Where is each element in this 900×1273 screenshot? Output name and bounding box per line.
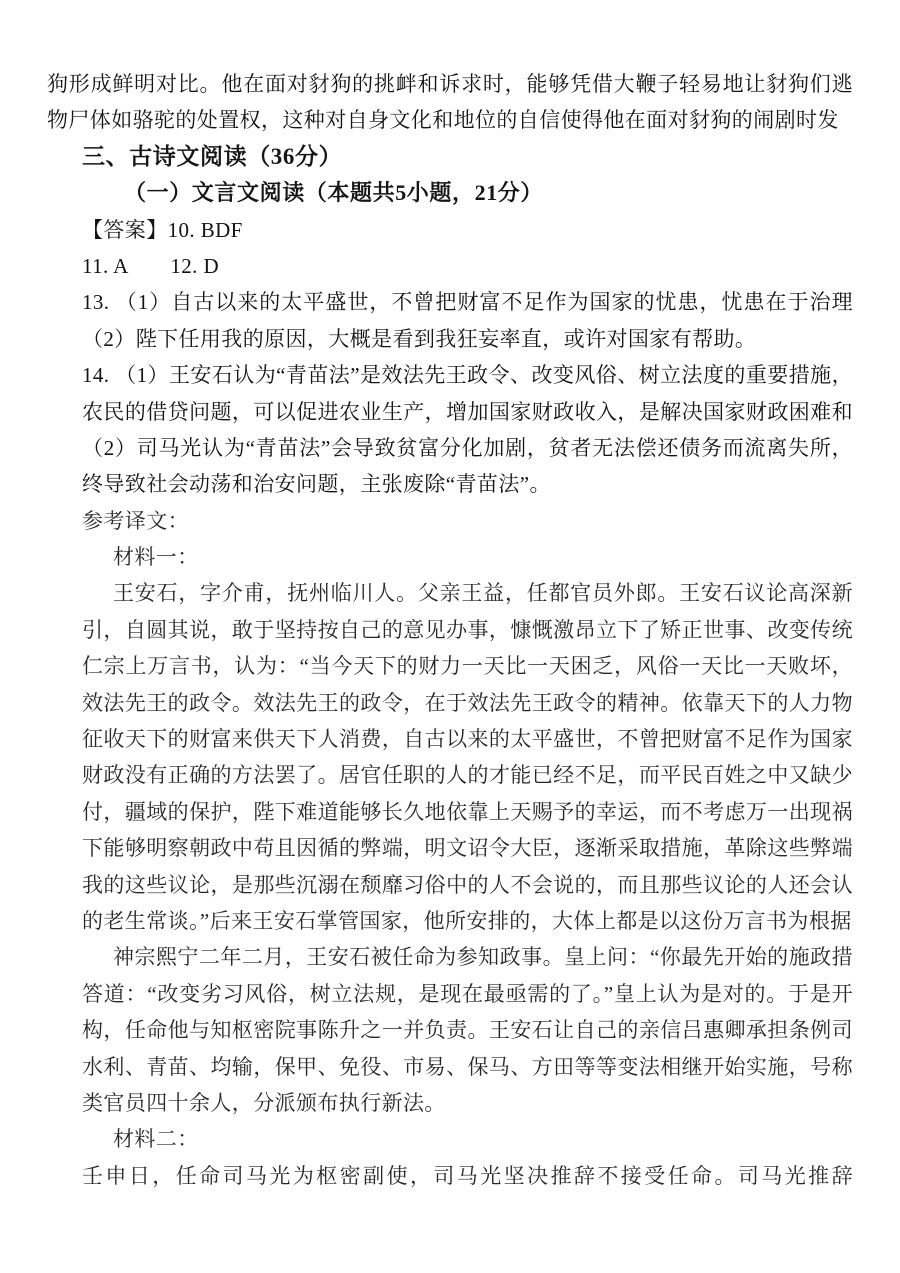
body-line: 物尸体如骆驼的处置权，这种对自身文化和地位的自信使得他在面对豺狗的闹剧时发出快活…: [47, 102, 853, 138]
translation-line: 构，任命他与知枢密院事陈升之一并负责。王安石让自己的亲信吕惠卿承担条例司的具体事…: [82, 1012, 853, 1048]
translation-line: 我的这些议论，是那些沉溺在颓靡习俗中的人不会说的，而且那些议论的人还会认为是这迂…: [82, 867, 853, 903]
answer-line: （2）司马光认为“青苗法”会导致贫富分化加剧，贫者无法偿还债务而流离失所，富者因…: [82, 430, 853, 466]
translation-line: 水利、青苗、均输，保甲、免役、市易、保马、方田等等变法相继开始实施，号称新法，派…: [82, 1049, 853, 1085]
answer-line: 【答案】10. BDF: [82, 212, 853, 248]
translation-line: 材料二：: [82, 1121, 853, 1157]
translation-line: 下能够明察朝政中苟且因循的弊端，明文诏令大臣，逐渐采取措施，革除这些弊端以适应当…: [82, 830, 853, 866]
translation-line: 答道：“改变劣习风俗，树立法规，是现在最亟需的了。”皇上认为是对的。于是开设增置…: [82, 976, 853, 1012]
document-content: 狗形成鲜明对比。他在面对豺狗的挑衅和诉求时，能够凭借大鞭子轻易地让豺狗们逃窜，并…: [82, 66, 853, 1194]
answer-line: 终导致社会动荡和治安问题，主张废除“青苗法”。: [82, 466, 853, 502]
translation-line: 壬申日，任命司马光为枢密副使，司马光坚决推辞不接受任命。司马光推辞说：“陛下任用…: [82, 1158, 853, 1194]
translation-line: 材料一：: [82, 539, 853, 575]
section-heading: 三、古诗文阅读（36分）: [82, 139, 853, 175]
body-line: 狗形成鲜明对比。他在面对豺狗的挑衅和诉求时，能够凭借大鞭子轻易地让豺狗们逃窜，并…: [47, 66, 853, 102]
translation-line: 效法先王的政令。效法先王的政令，在于效法先王政令的精神。依靠天下的人力物力来创造…: [82, 685, 853, 721]
translation-line: 财政没有正确的方法罢了。居官任职的人的才能已经不足，而平民百姓之中又缺少可用的人…: [82, 757, 853, 793]
translation-line: 引，自圆其说，敢于坚持按自己的意见办事，慷慨激昂立下了矫正世事、改变传统陋习的志…: [82, 612, 853, 648]
translation-line: 王安石，字介甫，抚州临川人。父亲王益，任都官员外郎。王安石议论高深新奇，善于雄辩…: [82, 575, 853, 611]
translation-line: 征收天下的财富来供天下人消费，自古以来的太平盛世，不曾把财富不足作为国家的忧患，…: [82, 721, 853, 757]
translation-line: 的老生常谈。”后来王安石掌管国家，他所安排的，大体上都是以这份万言书为根据的。: [82, 903, 853, 939]
translation-line: 神宗熙宁二年二月，王安石被任命为参知政事。皇上问：“你最先开始的施政措施是什么？…: [82, 939, 853, 975]
answer-line: （2）陛下任用我的原因，大概是看到我狂妄率直，或许对国家有帮助。: [82, 321, 853, 357]
translation-line: 类官员四十余人，分派颁布执行新法。: [82, 1085, 853, 1121]
document-page: 狗形成鲜明对比。他在面对豺狗的挑衅和诉求时，能够凭借大鞭子轻易地让豺狗们逃窜，并…: [0, 0, 900, 1273]
answer-line: 13. （1）自古以来的太平盛世，不曾把财富不足作为国家的忧患，忧患在于治理财政…: [82, 284, 853, 320]
answer-line: 11. A 12. D: [82, 248, 853, 284]
translation-line: 参考译文：: [82, 503, 853, 539]
answer-line: 农民的借贷问题，可以促进农业生产，增加国家财政收入，是解决国家财政困难和社会问题…: [82, 394, 853, 430]
translation-line: 付，疆域的保护，陛下难道能够长久地依靠上天赐予的幸运，而不考虑万一出现祸患该怎么…: [82, 794, 853, 830]
answer-line: 14. （1）王安石认为“青苗法”是效法先王政令、改变风俗、树立法度的重要措施，…: [82, 357, 853, 393]
subsection-heading: （一）文言文阅读（本题共5小题，21分）: [82, 175, 853, 211]
translation-line: 仁宗上万言书，认为：“当今天下的财力一天比一天困乏，风俗一天比一天败坏，毛病在于…: [82, 648, 853, 684]
